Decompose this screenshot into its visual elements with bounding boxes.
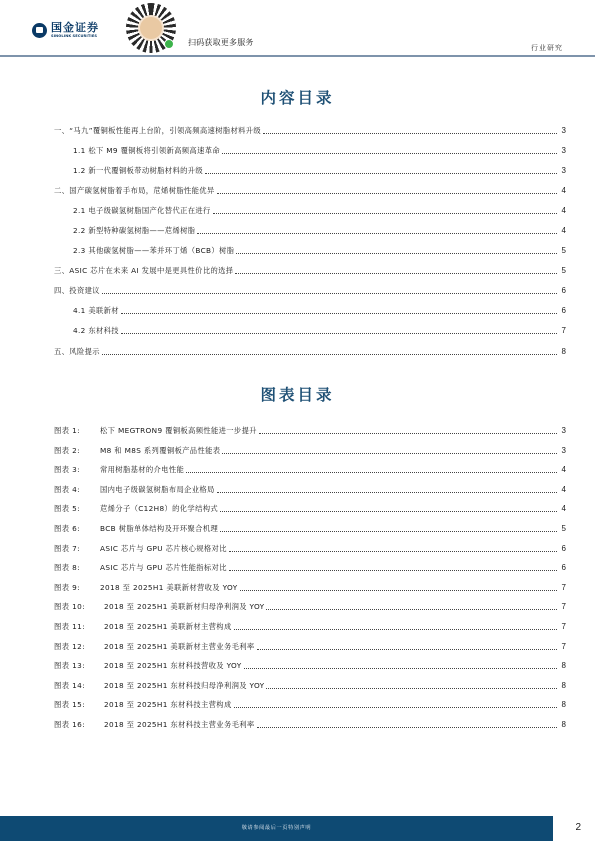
figure-caption: M8 和 M8S 系列覆铜板产品性能表	[100, 446, 220, 456]
dot-leader	[236, 253, 557, 254]
figure-number: 图表 5:	[54, 504, 100, 514]
figure-caption: 2018 至 2025H1 东材科技主营构成	[104, 700, 232, 710]
figure-caption: 2018 至 2025H1 美联新材主营构成	[104, 622, 232, 632]
contents-entry[interactable]: 4.2 东材科技7	[54, 324, 566, 336]
dot-leader	[102, 354, 557, 355]
figure-entry[interactable]: 图表 13:2018 至 2025H1 东材科技营收及 YOY8	[54, 659, 566, 671]
figure-entry[interactable]: 图表 3:常用树脂基材的介电性能4	[54, 463, 566, 475]
figure-page-number: 8	[560, 661, 566, 671]
figure-entry-text: 图表 13:2018 至 2025H1 东材科技营收及 YOY	[54, 661, 242, 671]
figure-page-number: 8	[560, 681, 566, 691]
figure-entry-text: 图表 15:2018 至 2025H1 东材科技主营构成	[54, 700, 232, 710]
contents-entry[interactable]: 三、ASIC 芯片在未来 AI 发展中是更具性价比的选择5	[54, 264, 566, 276]
figure-page-number: 3	[560, 426, 566, 436]
figure-caption: 2018 至 2025H1 美联新材主营业务毛利率	[104, 642, 255, 652]
figure-number: 图表 8:	[54, 563, 100, 573]
entry-label: 2.1 电子级碳氢树脂国产化替代正在进行	[54, 206, 211, 216]
dot-leader	[121, 333, 557, 334]
entry-label: 1.2 新一代覆铜板带动树脂材料的升级	[54, 166, 203, 176]
logo-text: 国金证券 SINOLINK SECURITIES	[51, 22, 99, 39]
figure-caption: 2018 至 2025H1 东材科技营收及 YOY	[104, 661, 242, 671]
figure-entry-text: 图表 12:2018 至 2025H1 美联新材主营业务毛利率	[54, 642, 255, 652]
page-footer: 敬请参阅最后一页特别声明	[0, 816, 553, 841]
entry-page-number: 7	[560, 326, 566, 336]
figure-entry-text: 图表 6:BCB 树脂单体结构及开环聚合机理	[54, 524, 218, 534]
dot-leader	[240, 590, 557, 591]
figure-caption: ASIC 芯片与 GPU 芯片性能指标对比	[100, 563, 227, 573]
entry-label: 4.1 美联新材	[54, 306, 119, 316]
figure-number: 图表 4:	[54, 485, 100, 495]
figure-number: 图表 14:	[54, 681, 104, 691]
figure-page-number: 7	[560, 622, 566, 632]
page-header: 国金证券 SINOLINK SECURITIES 扫码获取更多服务 行业研究	[0, 0, 595, 57]
dot-leader	[234, 707, 557, 708]
entry-label: 二、国产碳氢树脂着手布局，苊烯树脂性能优异	[54, 186, 215, 196]
figure-page-number: 6	[560, 544, 566, 554]
document-type: 行业研究	[531, 43, 563, 53]
figure-page-number: 8	[560, 700, 566, 710]
figure-caption: BCB 树脂单体结构及开环聚合机理	[100, 524, 218, 534]
figure-entry-text: 图表 2:M8 和 M8S 系列覆铜板产品性能表	[54, 446, 220, 456]
sinolink-logo-icon	[32, 23, 47, 38]
entry-label: 四、投资建议	[54, 286, 100, 296]
figure-caption: 2018 至 2025H1 东材科技主营业务毛利率	[104, 720, 255, 730]
contents-entry[interactable]: 一、“马九”覆铜板性能再上台阶，引领高频高速树脂材料升级3	[54, 124, 566, 136]
figure-entry-text: 图表 4:国内电子级碳氢树脂布局企业格局	[54, 485, 215, 495]
dot-leader	[197, 233, 557, 234]
figure-entry[interactable]: 图表 9:2018 至 2025H1 美联新材营收及 YOY7	[54, 581, 566, 593]
figure-number: 图表 12:	[54, 642, 104, 652]
figure-entry[interactable]: 图表 16:2018 至 2025H1 东材科技主营业务毛利率8	[54, 718, 566, 730]
contents-entry[interactable]: 五、风险提示8	[54, 345, 566, 357]
entry-label: 三、ASIC 芯片在未来 AI 发展中是更具性价比的选择	[54, 266, 233, 276]
dot-leader	[220, 531, 557, 532]
figure-number: 图表 2:	[54, 446, 100, 456]
figure-number: 图表 6:	[54, 524, 100, 534]
figure-caption: 苊烯分子（C12H8）的化学结构式	[100, 504, 218, 514]
contents-entry[interactable]: 四、投资建议6	[54, 284, 566, 296]
figure-caption: ASIC 芯片与 GPU 芯片核心规格对比	[100, 544, 227, 554]
figure-caption: 2018 至 2025H1 美联新材营收及 YOY	[100, 583, 238, 593]
entry-page-number: 3	[560, 166, 566, 176]
dot-leader	[222, 453, 557, 454]
dot-leader	[121, 313, 557, 314]
figure-number: 图表 7:	[54, 544, 100, 554]
figure-caption: 2018 至 2025H1 美联新材归母净利润及 YOY	[104, 602, 264, 612]
entry-page-number: 5	[560, 266, 566, 276]
dot-leader	[235, 273, 557, 274]
dot-leader	[213, 213, 557, 214]
wechat-badge-icon	[164, 39, 174, 49]
contents-title: 内容目录	[0, 86, 595, 108]
entry-label: 五、风险提示	[54, 347, 100, 357]
disclaimer-link[interactable]: 敬请参阅最后一页特别声明	[0, 824, 553, 831]
figure-entry-text: 图表 3:常用树脂基材的介电性能	[54, 465, 184, 475]
figure-page-number: 4	[560, 485, 566, 495]
dot-leader	[263, 133, 557, 134]
figure-entry[interactable]: 图表 8:ASIC 芯片与 GPU 芯片性能指标对比6	[54, 561, 566, 573]
figure-page-number: 7	[560, 642, 566, 652]
dot-leader	[266, 609, 557, 610]
figure-page-number: 8	[560, 720, 566, 730]
figure-page-number: 5	[560, 524, 566, 534]
entry-page-number: 4	[560, 186, 566, 196]
entry-page-number: 4	[560, 206, 566, 216]
figure-entry[interactable]: 图表 6:BCB 树脂单体结构及开环聚合机理5	[54, 522, 566, 534]
dot-leader	[217, 492, 557, 493]
figure-page-number: 6	[560, 563, 566, 573]
figure-number: 图表 3:	[54, 465, 100, 475]
figure-entry-text: 图表 14:2018 至 2025H1 东材科技归母净利润及 YOY	[54, 681, 264, 691]
figure-entry[interactable]: 图表 14:2018 至 2025H1 东材科技归母净利润及 YOY8	[54, 679, 566, 691]
dot-leader	[217, 193, 557, 194]
figure-page-number: 4	[560, 465, 566, 475]
figure-number: 图表 11:	[54, 622, 104, 632]
figure-number: 图表 15:	[54, 700, 104, 710]
entry-page-number: 5	[560, 246, 566, 256]
figure-entry-text: 图表 16:2018 至 2025H1 东材科技主营业务毛利率	[54, 720, 255, 730]
figure-entry[interactable]: 图表 5:苊烯分子（C12H8）的化学结构式4	[54, 502, 566, 514]
brand-logo: 国金证券 SINOLINK SECURITIES	[32, 22, 99, 39]
dot-leader	[222, 153, 557, 154]
dot-leader	[234, 629, 557, 630]
figure-entry-text: 图表 10:2018 至 2025H1 美联新材归母净利润及 YOY	[54, 602, 264, 612]
figure-caption: 国内电子级碳氢树脂布局企业格局	[100, 485, 215, 495]
figure-number: 图表 16:	[54, 720, 104, 730]
logo-english: SINOLINK SECURITIES	[51, 34, 99, 39]
figure-entry-text: 图表 11:2018 至 2025H1 美联新材主营构成	[54, 622, 232, 632]
entry-page-number: 4	[560, 226, 566, 236]
figure-entry[interactable]: 图表 4:国内电子级碳氢树脂布局企业格局4	[54, 483, 566, 495]
figure-entry-text: 图表 1:松下 MEGTRON9 覆铜板高频性能进一步提升	[54, 426, 257, 436]
scan-prompt: 扫码获取更多服务	[188, 37, 254, 48]
figure-entry[interactable]: 图表 7:ASIC 芯片与 GPU 芯片核心规格对比6	[54, 542, 566, 554]
figure-entry[interactable]: 图表 11:2018 至 2025H1 美联新材主营构成7	[54, 620, 566, 632]
dot-leader	[205, 173, 557, 174]
figure-entry[interactable]: 图表 1:松下 MEGTRON9 覆铜板高频性能进一步提升3	[54, 424, 566, 436]
logo-chinese: 国金证券	[51, 22, 99, 34]
figure-number: 图表 1:	[54, 426, 100, 436]
dot-leader	[229, 570, 557, 571]
entry-label: 2.3 其他碳氢树脂——苯并环丁烯（BCB）树脂	[54, 246, 234, 256]
entry-label: 2.2 新型特种碳氢树脂——苊烯树脂	[54, 226, 195, 236]
entry-page-number: 3	[560, 126, 566, 136]
dot-leader	[186, 472, 557, 473]
figure-entry[interactable]: 图表 15:2018 至 2025H1 东材科技主营构成8	[54, 698, 566, 710]
entry-page-number: 6	[560, 306, 566, 316]
entry-page-number: 3	[560, 146, 566, 156]
contents-entry[interactable]: 1.2 新一代覆铜板带动树脂材料的升级3	[54, 164, 566, 176]
figure-page-number: 3	[560, 446, 566, 456]
figure-entry[interactable]: 图表 10:2018 至 2025H1 美联新材归母净利润及 YOY7	[54, 600, 566, 612]
figure-number: 图表 10:	[54, 602, 104, 612]
dot-leader	[259, 433, 557, 434]
qr-code-icon	[126, 3, 176, 53]
dot-leader	[257, 727, 557, 728]
contents-entry[interactable]: 1.1 松下 M9 覆铜板将引领新高频高速革命3	[54, 144, 566, 156]
dot-leader	[220, 511, 557, 512]
dot-leader	[257, 649, 557, 650]
figure-number: 图表 9:	[54, 583, 100, 593]
entry-label: 一、“马九”覆铜板性能再上台阶，引领高频高速树脂材料升级	[54, 126, 261, 136]
entry-page-number: 6	[560, 286, 566, 296]
contents-entry[interactable]: 4.1 美联新材6	[54, 304, 566, 316]
contents-entry[interactable]: 二、国产碳氢树脂着手布局，苊烯树脂性能优异4	[54, 184, 566, 196]
dot-leader	[229, 551, 557, 552]
figure-caption: 松下 MEGTRON9 覆铜板高频性能进一步提升	[100, 426, 257, 436]
figure-caption: 常用树脂基材的介电性能	[100, 465, 184, 475]
entry-page-number: 8	[560, 347, 566, 357]
figures-title: 图表目录	[0, 383, 595, 405]
figure-entry[interactable]: 图表 12:2018 至 2025H1 美联新材主营业务毛利率7	[54, 640, 566, 652]
header-divider	[0, 55, 595, 57]
qr-center-logo	[138, 15, 164, 41]
figure-page-number: 7	[560, 583, 566, 593]
figure-caption: 2018 至 2025H1 东材科技归母净利润及 YOY	[104, 681, 264, 691]
figure-entry[interactable]: 图表 2:M8 和 M8S 系列覆铜板产品性能表3	[54, 444, 566, 456]
dot-leader	[244, 668, 557, 669]
figure-page-number: 7	[560, 602, 566, 612]
entry-label: 4.2 东材科技	[54, 326, 119, 336]
dot-leader	[102, 293, 557, 294]
figure-entry-text: 图表 9:2018 至 2025H1 美联新材营收及 YOY	[54, 583, 238, 593]
figure-page-number: 4	[560, 504, 566, 514]
figure-entry-text: 图表 7:ASIC 芯片与 GPU 芯片核心规格对比	[54, 544, 227, 554]
figure-entry-text: 图表 5:苊烯分子（C12H8）的化学结构式	[54, 504, 218, 514]
contents-entry[interactable]: 2.3 其他碳氢树脂——苯并环丁烯（BCB）树脂5	[54, 244, 566, 256]
figure-number: 图表 13:	[54, 661, 104, 671]
entry-label: 1.1 松下 M9 覆铜板将引领新高频高速革命	[54, 146, 220, 156]
contents-entry[interactable]: 2.1 电子级碳氢树脂国产化替代正在进行4	[54, 204, 566, 216]
dot-leader	[266, 688, 557, 689]
figure-entry-text: 图表 8:ASIC 芯片与 GPU 芯片性能指标对比	[54, 563, 227, 573]
page-number: 2	[575, 822, 581, 833]
contents-entry[interactable]: 2.2 新型特种碳氢树脂——苊烯树脂4	[54, 224, 566, 236]
